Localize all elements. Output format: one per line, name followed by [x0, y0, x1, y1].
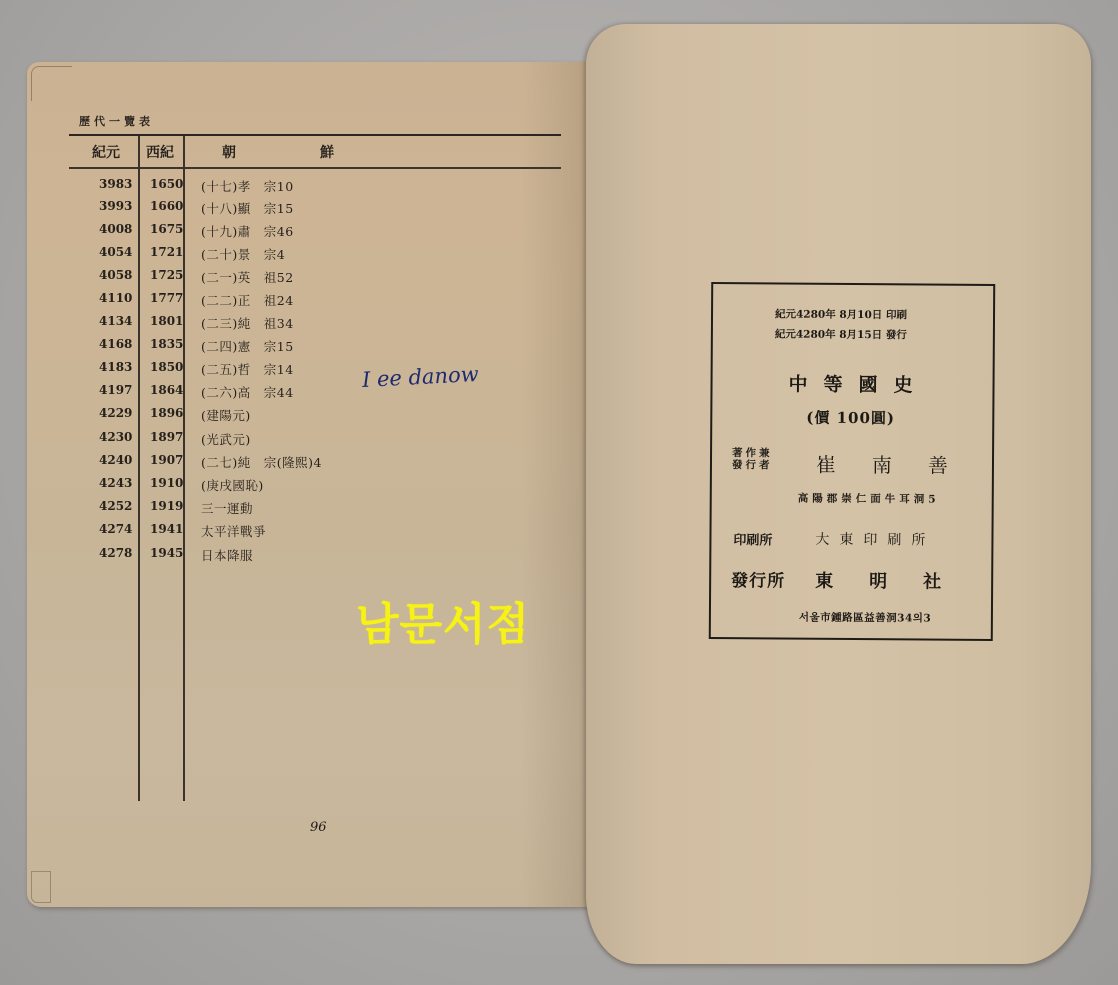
publisher-address: 서울市鍾路區益善洞34의3: [799, 610, 931, 626]
running-head: 歷代一覽表: [79, 113, 154, 129]
printer-label: 印刷所: [733, 529, 772, 548]
publisher-label: 發行所: [731, 566, 785, 591]
header-western: 西紀: [146, 142, 174, 162]
author-address: 高陽郡崇仁面牛耳洞5: [798, 491, 940, 507]
header-dangi: 紀元: [92, 142, 120, 162]
book-price: (價 100圓): [806, 407, 895, 429]
author-role: 著作兼 發行者: [732, 447, 773, 471]
bookstore-watermark: 남문서점: [356, 588, 530, 652]
worn-corner-bottom: [31, 871, 51, 903]
header-joseon-2: 鮮: [320, 142, 334, 162]
printer-name: 大東印刷所: [815, 529, 935, 550]
book-title: 中等國史: [788, 370, 928, 398]
colophon-box: 紀元4280年 8月10日 印刷 紀元4280年 8月15日 發行 中等國史 (…: [709, 282, 995, 641]
worn-corner-top: [31, 66, 72, 101]
table-header-rule: [69, 167, 561, 169]
page-number: 96: [310, 820, 327, 835]
author-name: 崔南善: [816, 449, 984, 479]
publish-date: 紀元4280年 8月15日 發行: [775, 326, 907, 342]
table-top-rule: [69, 134, 561, 136]
print-date: 紀元4280年 8月10日 印刷: [775, 306, 907, 322]
header-joseon-1: 朝: [222, 142, 236, 162]
publisher-name: 東明社: [815, 567, 977, 594]
